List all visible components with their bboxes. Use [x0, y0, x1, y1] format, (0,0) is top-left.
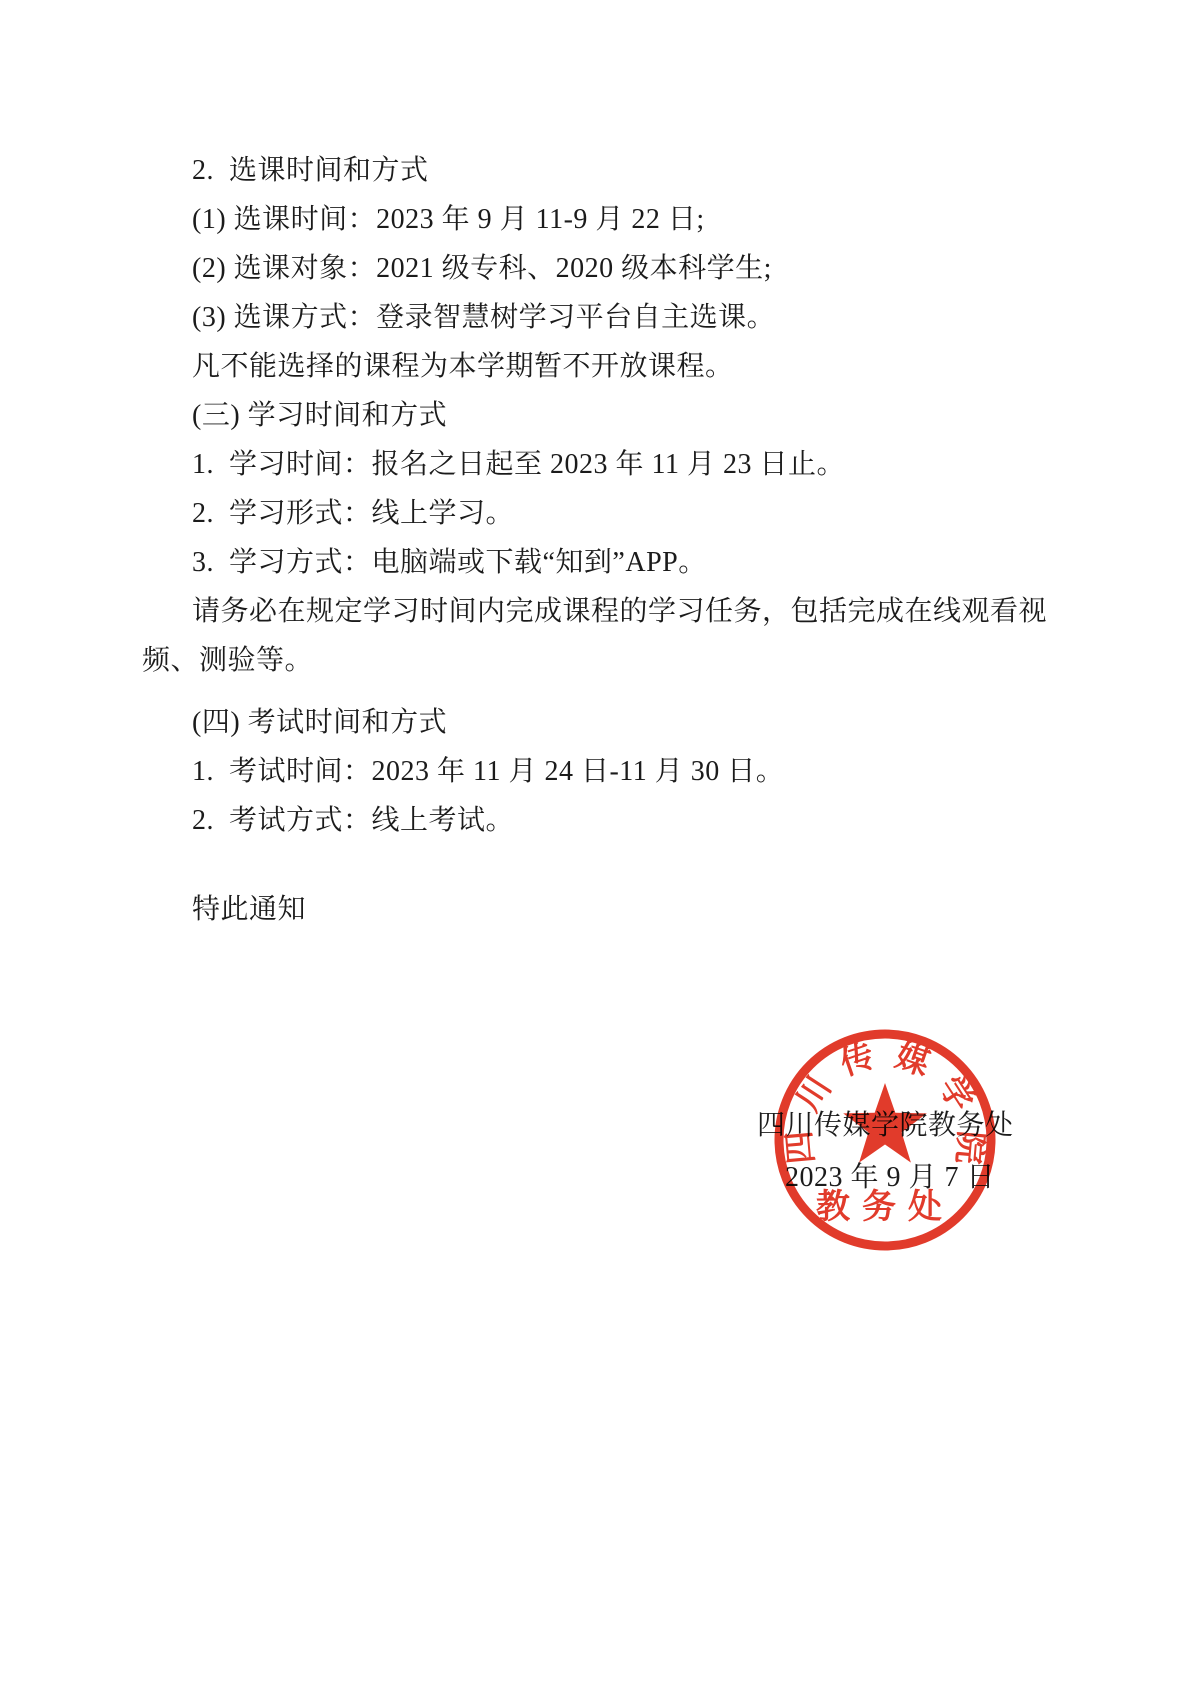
notice-body: 2. 选课时间和方式(1) 选课时间：2023 年 9 月 11-9 月 22 … [142, 146, 1101, 934]
notice-page: 2. 选课时间和方式(1) 选课时间：2023 年 9 月 11-9 月 22 … [0, 0, 1191, 1684]
doc-line: (三) 学习时间和方式 [142, 391, 1101, 440]
doc-line: (1) 选课时间：2023 年 9 月 11-9 月 22 日; [142, 195, 1101, 244]
seal-bottom-text: 教务处 [816, 1188, 954, 1226]
doc-line: (3) 选课方式：登录智慧树学习平台自主选课。 [142, 293, 1101, 342]
doc-line: 3. 学习方式：电脑端或下载“知到”APP。 [142, 538, 1101, 587]
doc-line: 2. 考试方式：线上考试。 [142, 796, 1101, 845]
doc-line: 频、测验等。 [142, 636, 1101, 685]
seal-arc-char: 院 [949, 1129, 989, 1165]
doc-line: 1. 考试时间：2023 年 11 月 24 日-11 月 30 日。 [142, 747, 1101, 796]
doc-line: (2) 选课对象：2021 级专科、2020 级本科学生; [142, 244, 1101, 293]
doc-line: 凡不能选择的课程为本学期暂不开放课程。 [142, 342, 1101, 391]
doc-line: (四) 考试时间和方式 [142, 698, 1101, 747]
closing-phrase: 特此通知 [142, 885, 1101, 934]
seal-arc-char: 四 [782, 1129, 821, 1165]
doc-line: 2. 选课时间和方式 [142, 146, 1101, 195]
doc-line: 1. 学习时间：报名之日起至 2023 年 11 月 23 日止。 [142, 440, 1101, 489]
doc-line: 2. 学习形式：线上学习。 [142, 489, 1101, 538]
star-icon [843, 1083, 927, 1163]
official-seal: 四川传媒学院 教务处 [765, 1020, 1005, 1260]
doc-line: 请务必在规定学习时间内完成课程的学习任务，包括完成在线观看视 [142, 587, 1101, 636]
